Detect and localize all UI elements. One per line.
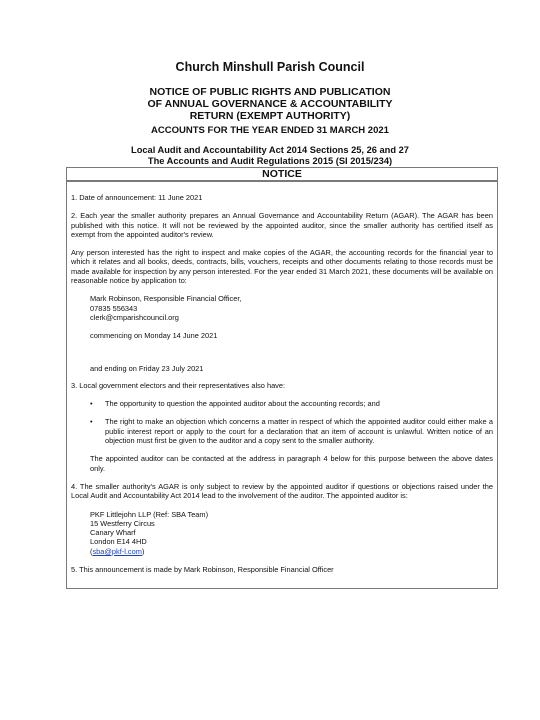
accounts-line: ACCOUNTS FOR THE YEAR ENDED 31 MARCH 202… — [0, 125, 540, 136]
paragraph-4-auditor: 4. The smaller authority's AGAR is only … — [71, 482, 493, 501]
contact-email: clerk@cmparishcouncil.org — [90, 313, 493, 322]
bullet-item: • The opportunity to question the appoin… — [71, 399, 493, 408]
auditor-contact-note: The appointed auditor can be contacted a… — [71, 454, 493, 473]
commencing-date: commencing on Monday 14 June 2021 — [71, 331, 493, 340]
council-name: Church Minshull Parish Council — [0, 60, 540, 74]
auditor-area: Canary Wharf — [90, 528, 493, 537]
notice-box: NOTICE 1. Date of announcement: 11 June … — [66, 167, 498, 589]
act-reference-1: Local Audit and Accountability Act 2014 … — [0, 145, 540, 156]
bullet-icon: • — [90, 417, 105, 445]
title-line-2: OF ANNUAL GOVERNANCE & ACCOUNTABILITY — [0, 98, 540, 110]
legislation-references: Local Audit and Accountability Act 2014 … — [0, 145, 540, 167]
auditor-email-line: (sba@pkf-l.com) — [90, 547, 493, 556]
auditor-email-link[interactable]: sba@pkf-l.com — [92, 547, 141, 556]
auditor-name: PKF Littlejohn LLP (Ref: SBA Team) — [90, 510, 493, 519]
notice-content: 1. Date of announcement: 11 June 2021 2.… — [67, 182, 497, 574]
auditor-street: 15 Westferry Circus — [90, 519, 493, 528]
contact-name: Mark Robinson, Responsible Financial Off… — [90, 294, 493, 303]
bullet-item: • The right to make an objection which c… — [71, 417, 493, 445]
ending-date: and ending on Friday 23 July 2021 — [71, 364, 493, 373]
bullet-icon: • — [90, 399, 105, 408]
contact-phone: 07835 556343 — [90, 304, 493, 313]
paragraph-5-announcement: 5. This announcement is made by Mark Rob… — [71, 565, 493, 574]
title-line-3: RETURN (EXEMPT AUTHORITY) — [0, 110, 540, 122]
title-line-1: NOTICE OF PUBLIC RIGHTS AND PUBLICATION — [0, 86, 540, 98]
paragraph-1-date: 1. Date of announcement: 11 June 2021 — [71, 193, 493, 202]
notice-heading: NOTICE — [67, 168, 497, 182]
auditor-city: London E14 4HD — [90, 537, 493, 546]
notice-title: NOTICE OF PUBLIC RIGHTS AND PUBLICATION … — [0, 86, 540, 122]
paragraph-3-electors: 3. Local government electors and their r… — [71, 381, 493, 390]
document-page: Church Minshull Parish Council NOTICE OF… — [0, 0, 540, 720]
paragraph-inspection-rights: Any person interested has the right to i… — [71, 248, 493, 285]
paragraph-2-agar: 2. Each year the smaller authority prepa… — [71, 211, 493, 239]
auditor-address: PKF Littlejohn LLP (Ref: SBA Team) 15 We… — [71, 510, 493, 556]
act-reference-2: The Accounts and Audit Regulations 2015 … — [0, 156, 540, 167]
contact-block: Mark Robinson, Responsible Financial Off… — [71, 294, 493, 322]
